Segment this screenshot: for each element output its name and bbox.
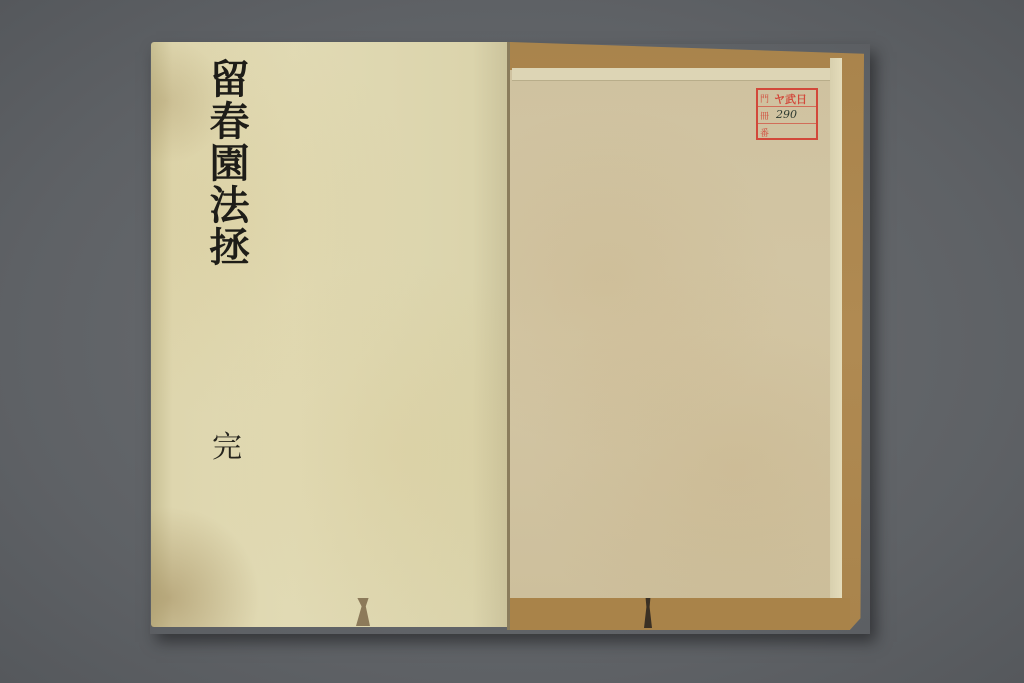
right-endpaper [510,70,832,598]
stamp-row: 番 [758,124,816,140]
stamp-value: ヤ武日 [774,91,807,107]
stamp-label: 冊 [760,109,769,122]
side-paper-strip [830,58,842,604]
stamp-label: 番 [760,126,769,139]
stamp-label: 門 [760,92,769,105]
stamp-row: 門 ヤ武日 [758,90,816,107]
bottom-cover-fold [510,598,850,630]
top-paper-strip [512,68,832,81]
stamp-number: 290 [776,108,797,121]
library-stamp: 門 ヤ武日 冊 290 番 [756,88,818,140]
stamp-row: 冊 290 [758,107,816,124]
end-mark: 完 [212,422,242,466]
book-title: 留春園法拯 [190,58,250,268]
